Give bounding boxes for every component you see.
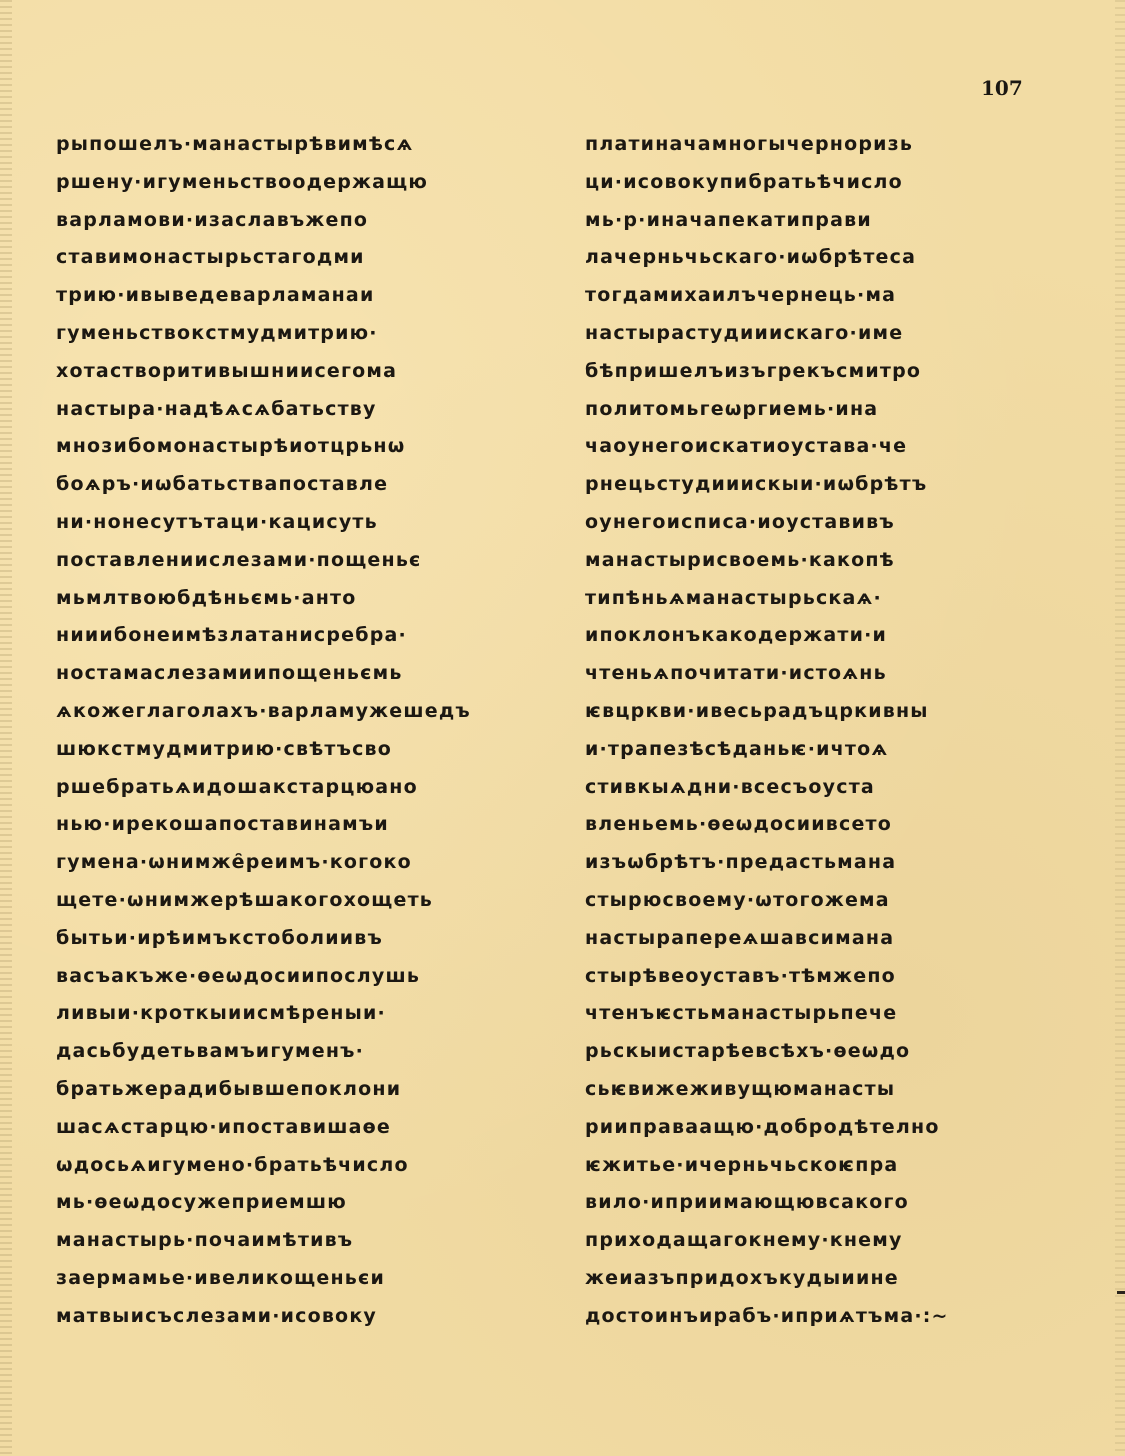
text-line: политомьгеѡргиемь·ина	[585, 391, 1055, 429]
text-line: заермамье·ивеликощеньєи	[56, 1260, 556, 1298]
text-line: мь·р·иначапекатиправи	[585, 202, 1055, 240]
text-line: ипоклонъкакодержати·и	[585, 617, 1055, 655]
text-line: варламови·изасЛавъжепо	[56, 202, 556, 240]
text-line: матвыисъслезами·исовоку	[56, 1298, 556, 1336]
text-line: и·трапезѣсѣданьѥ·ичтоѧ	[585, 731, 1055, 769]
text-line: мьмлтвоюбдѣньємь·анто	[56, 580, 556, 618]
text-line: рииправаащю·добродѣтелно	[585, 1109, 1055, 1147]
right-text-column: платиначамногычерноризь ци·исовокупибрат…	[585, 126, 1055, 1336]
text-line: настырапереѧшавсиманa	[585, 920, 1055, 958]
text-line: лачерньчьскаго·иѡбрѣтеса	[585, 239, 1055, 277]
text-line: манастырисвоемь·какопѣ	[585, 542, 1055, 580]
text-line: достоинъирабъ·иприѧтъма·:~	[585, 1298, 1055, 1336]
text-line: ѡдосьѧигумено·братьѣчисло	[56, 1147, 556, 1185]
text-line: ѥжитье·ичерньчьскоѥпра	[585, 1147, 1055, 1185]
text-line: рнецьстудииискыи·иѡбрѣтъ	[585, 466, 1055, 504]
text-line: щете·ѡнимжерѣшакогохощеть	[56, 882, 556, 920]
text-line: платиначамногычерноризь	[585, 126, 1055, 164]
page-number: 107	[981, 76, 1023, 100]
text-line: хотастворитивышниисегома	[56, 353, 556, 391]
text-line: мнозибомонастырѣиотцрьнѡ	[56, 428, 556, 466]
text-line: настырастудииискаго·име	[585, 315, 1055, 353]
text-line: нииибонеимѣзлатанисребра·	[56, 617, 556, 655]
text-line: сьѥвижеживущюманасты	[585, 1071, 1055, 1109]
text-line: чтенъѥстьманастырьпече	[585, 995, 1055, 1033]
text-line: васъакъже·ѳеѡдосиипослушь	[56, 958, 556, 996]
text-line: ршену·игуменьствоодержащю	[56, 164, 556, 202]
text-line: шасѧстарцю·ипоставишаѳе	[56, 1109, 556, 1147]
text-line: ѥвцркви·ивесьрадъцркивны	[585, 693, 1055, 731]
text-line: гуменьствоксТмудмитрию·	[56, 315, 556, 353]
text-line: мь·ѳеѡдосужеприемшю	[56, 1184, 556, 1222]
text-line: дасьбудетьвамъигуменъ·	[56, 1033, 556, 1071]
text-line: ѧкожеглаголахъ·варламужешедъ	[56, 693, 556, 731]
text-line: трию·ивыведеварламанаи	[56, 277, 556, 315]
text-line: ставимонастырьстагодми	[56, 239, 556, 277]
text-line: стырѣвеоуставъ·тѣмжепо	[585, 958, 1055, 996]
text-line: ливыи·кроткыиисмѣреныи·	[56, 995, 556, 1033]
text-line: ршебратьѧидошакстарцюано	[56, 769, 556, 807]
text-line: стырюсвоему·ѡтогожема	[585, 882, 1055, 920]
margin-mark	[1117, 1291, 1125, 1294]
text-line: оунегоисписа·иоуставивъ	[585, 504, 1055, 542]
text-line: чтеньѧпочитати·истоѧнь	[585, 655, 1055, 693]
text-line: изъѡбрѣтъ·предастьмана	[585, 844, 1055, 882]
text-line: гумена·ѡнимже̑реимъ·когоко	[56, 844, 556, 882]
text-line: рьскыистарѣевсѣхъ·ѳеѡдо	[585, 1033, 1055, 1071]
page-left-edge	[0, 0, 12, 1456]
text-line: шюкстмудмитрию·свѣтъсво	[56, 731, 556, 769]
text-line: братьжерадибывшепоклони	[56, 1071, 556, 1109]
text-line: жеиазъпридохъкудыиине	[585, 1260, 1055, 1298]
text-line: вило·иприимающювсакого	[585, 1184, 1055, 1222]
text-line: бѣпришелъизъгрекъсмитро	[585, 353, 1055, 391]
text-line: настыра·надѣѧсѧбатьству	[56, 391, 556, 429]
text-line: боѧръ·иѡбатьствапоставле	[56, 466, 556, 504]
text-line: ни·нонесутътаци·кацисуть	[56, 504, 556, 542]
text-line: бытьи·ирѣимъкстоболиивъ	[56, 920, 556, 958]
page-right-edge	[1115, 0, 1125, 1456]
text-line: вленьемь·ѳеѡдосиивсето	[585, 806, 1055, 844]
left-text-column: рыпошелъ·манастырѣвимѣсѧ ршену·игуменьст…	[56, 126, 556, 1336]
text-line: нью·ирекошапоставинамъи	[56, 806, 556, 844]
text-line: поставлениислезами·пощеньє	[56, 542, 556, 580]
text-line: рыпошелъ·манастырѣвимѣсѧ	[56, 126, 556, 164]
text-line: стивкыѧдни·всесъоуста	[585, 769, 1055, 807]
text-line: чаоунегоискатиоустава·че	[585, 428, 1055, 466]
text-line: манастырь·почаимѣтивъ	[56, 1222, 556, 1260]
text-line: приходащагокнему·кнему	[585, 1222, 1055, 1260]
text-line: ностамаслезамиипощеньємь	[56, 655, 556, 693]
text-line: типѣньѧманастырьскаѧ·	[585, 580, 1055, 618]
text-line: тогдамихаилъчернець·ма	[585, 277, 1055, 315]
text-line: ци·исовокупибратьѣчисло	[585, 164, 1055, 202]
